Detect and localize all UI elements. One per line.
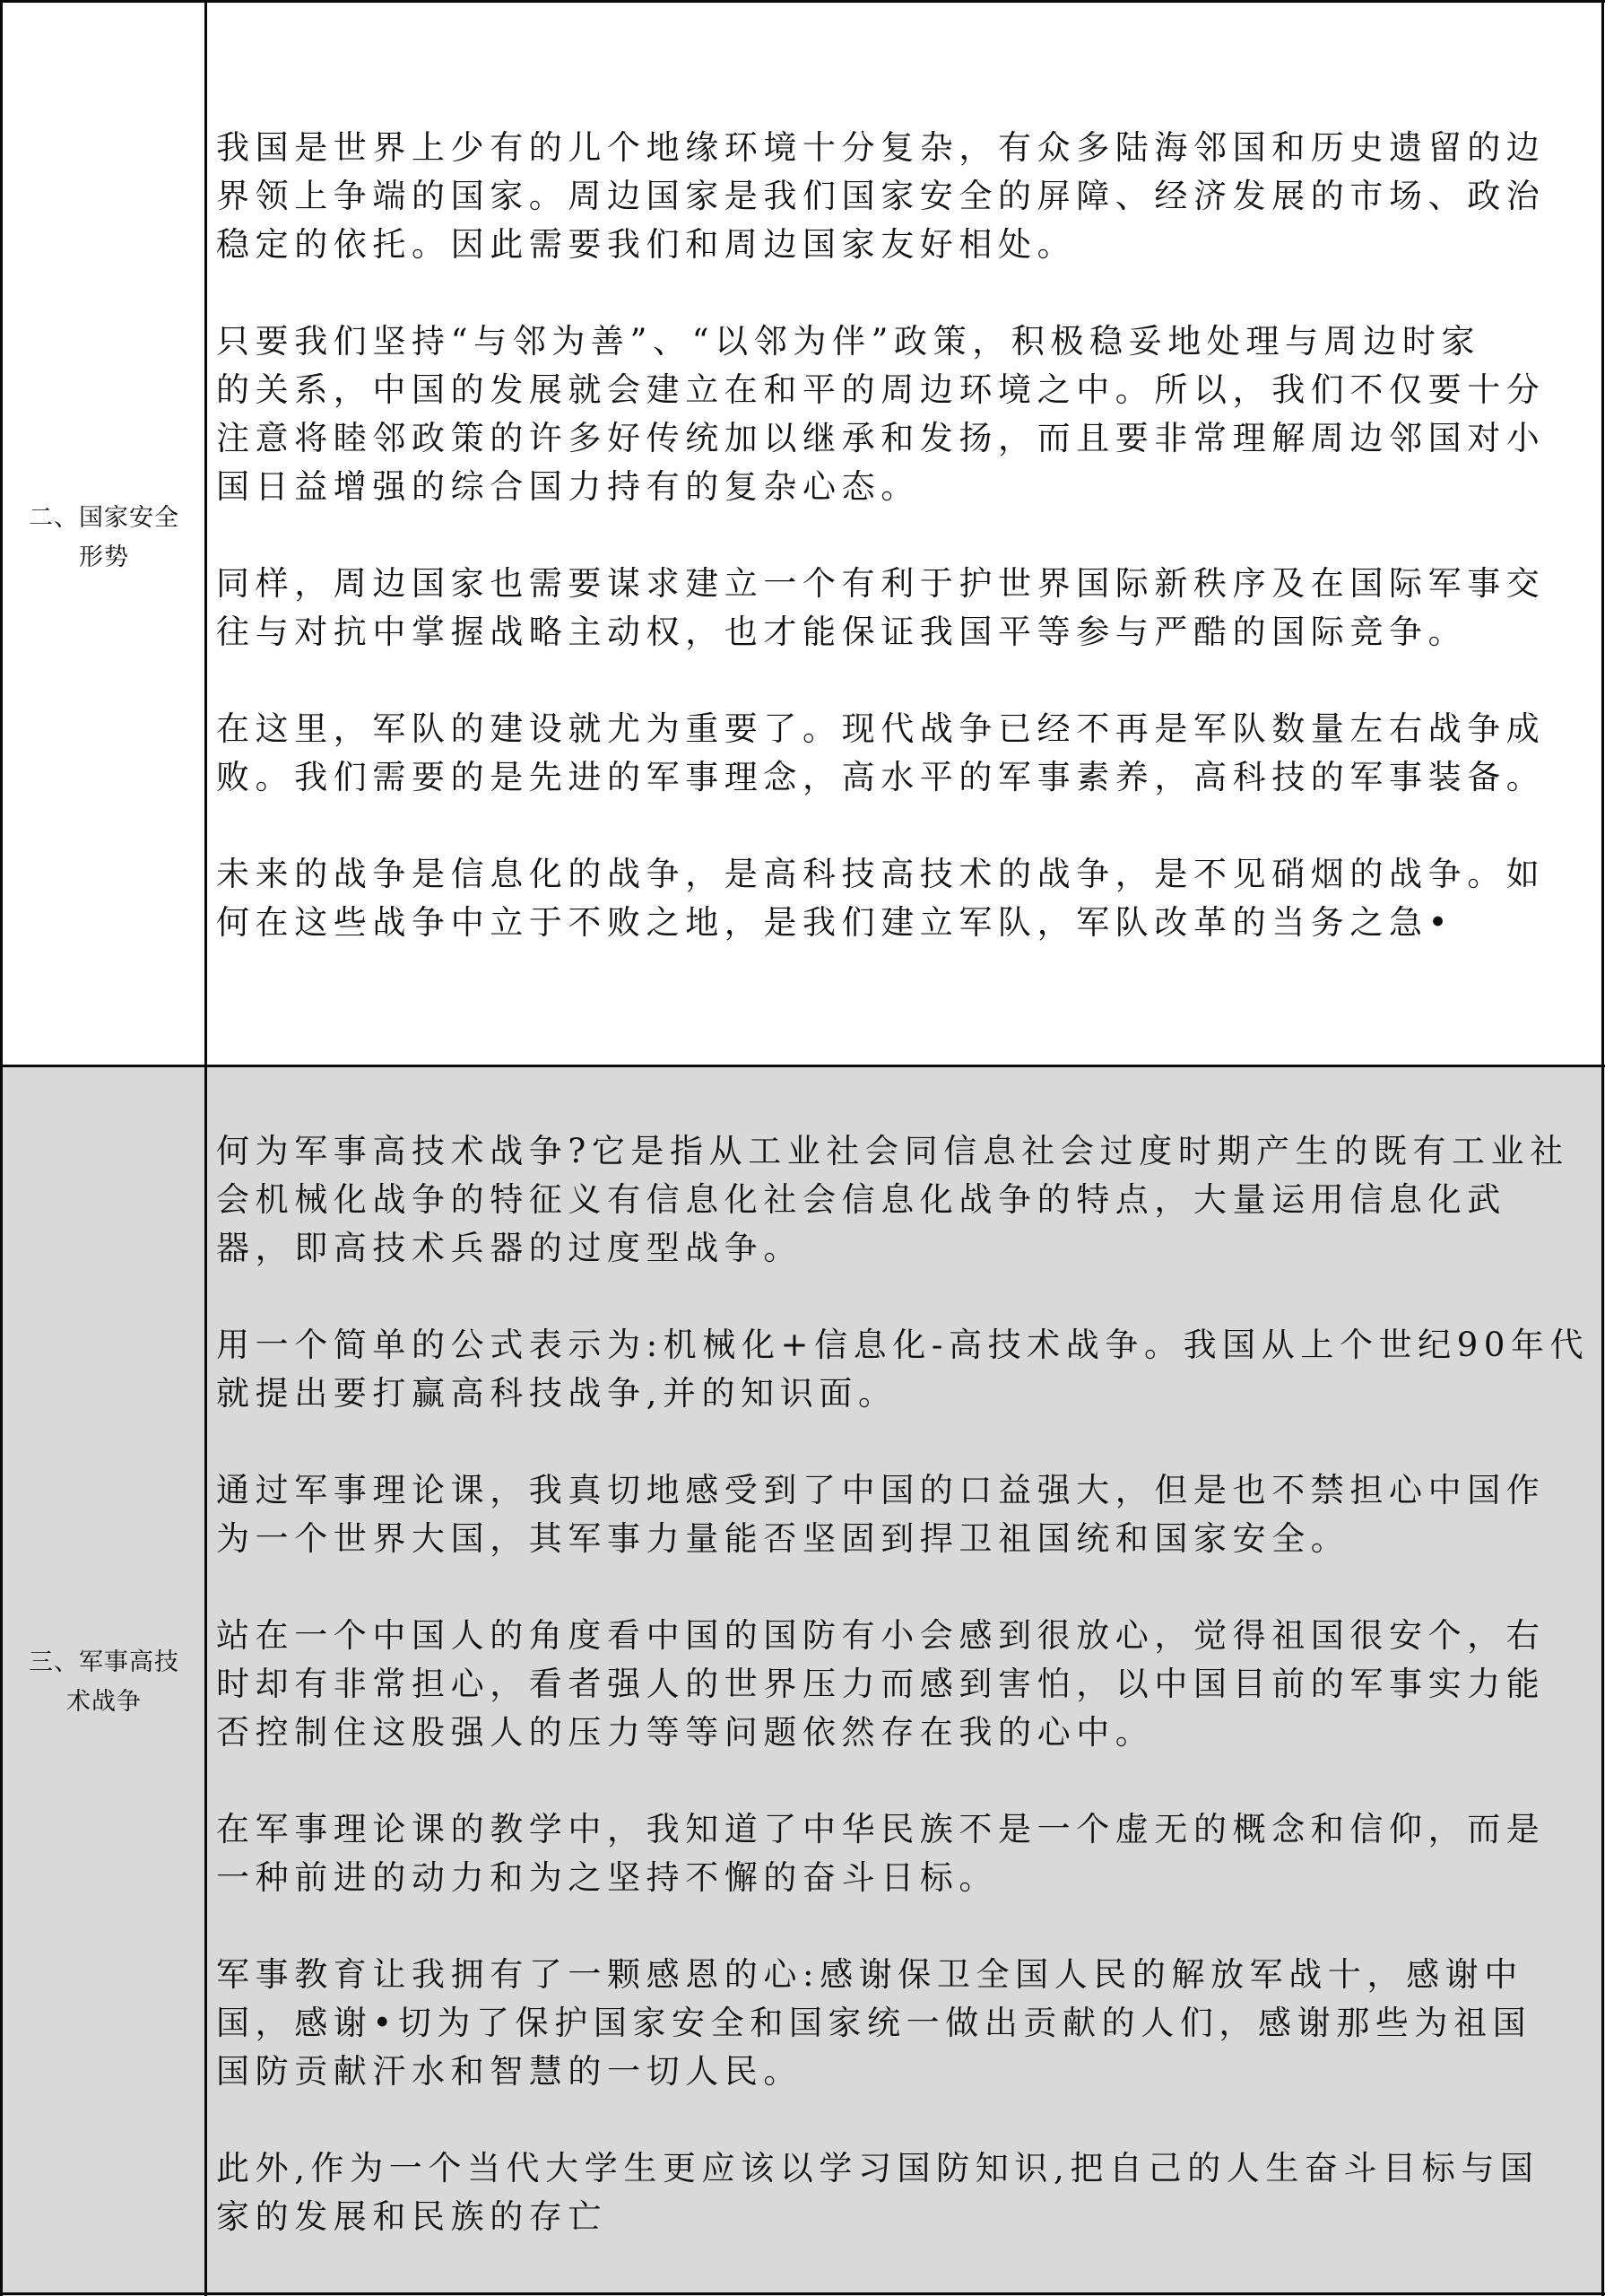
paragraph: 此外,作为一个当代大学生更应该以学习国防知识,把自己的人生奋斗目标与国 家的发展… [216, 2144, 1597, 2241]
text-line: 家的发展和民族的存亡 [216, 2193, 1597, 2241]
text-line: 只要我们坚持“与邻为善”、“以邻为伴”政策，积极稳妥地处理与周边时家 [216, 317, 1597, 366]
row-label-line: 形势 [3, 538, 205, 578]
table-row-national-security: 二、国家安全 形势 我国是世界上少有的儿个地缘环境十分复杂，有众多陆海邻国和历史… [0, 0, 1605, 1067]
text-line: 通过军事理论课，我真切地感受到了中国的口益强大，但是也不禁担心中国作 [216, 1466, 1597, 1515]
text-line: 时却有非常担心，看者强人的世界压力而感到害怕，以中国目前的军事实力能 [216, 1660, 1597, 1709]
text-line: 军事教育让我拥有了一颗感恩的心:感谢保卫全国人民的解放军战十，感谢中 [216, 1951, 1597, 1999]
paragraph: 站在一个中国人的角度看中国的国防有小会感到很放心，觉得祖国很安个，右 时却有非常… [216, 1612, 1597, 1757]
table-border-right [1601, 0, 1604, 2296]
row-label-line: 术战争 [3, 1683, 205, 1722]
text-line: 的关系，中国的发展就会建立在和平的周边环境之中。所以，我们不仅要十分 [216, 366, 1597, 414]
text-line: 在军事理论课的教学中，我知道了中华民族不是一个虚无的概念和信仰，而是 [216, 1805, 1597, 1854]
text-line: 何为军事高技术战争?它是指从工业社会同信息社会过度时期产生的既有工业社 [216, 1127, 1597, 1176]
text-line: 注意将睦邻政策的许多好传统加以继承和发扬，而且要非常理解周边邻国对小 [216, 414, 1597, 463]
text-line: 未来的战争是信息化的战争，是高科技高技术的战争，是不见硝烟的战争。如 [216, 850, 1597, 899]
table-border-left [0, 0, 3, 2296]
paragraph: 我国是世界上少有的儿个地缘环境十分复杂，有众多陆海邻国和历史遗留的边 界领上争端… [216, 124, 1597, 269]
text-line: 否控制住这股强人的压力等等问题依然存在我的心中。 [216, 1709, 1597, 1757]
paragraph: 未来的战争是信息化的战争，是高科技高技术的战争，是不见硝烟的战争。如 何在这些战… [216, 850, 1597, 947]
row-label-line: 二、国家安全 [3, 499, 205, 538]
text-line: 为一个世界大国，其军事力量能否坚固到捍卫祖国统和国家安全。 [216, 1515, 1597, 1563]
text-line: 何在这些战争中立于不败之地，是我们建立军队，军队改革的当务之急• [216, 899, 1597, 947]
paragraph: 在这里，军队的建设就尤为重要了。现代战争已经不再是军队数量左右战争成 败。我们需… [216, 705, 1597, 802]
text-line: 我国是世界上少有的儿个地缘环境十分复杂，有众多陆海邻国和历史遗留的边 [216, 124, 1597, 172]
text-line: 会机械化战争的特征义有信息化社会信息化战争的特点，大量运用信息化武 [216, 1176, 1597, 1224]
text-line: 用一个简单的公式表示为:机械化+信息化-高技术战争。我国从上个世纪90年代 [216, 1321, 1597, 1370]
text-line: 稳定的依托。因此需要我们和周边国家友好相处。 [216, 221, 1597, 269]
table-border-top [0, 0, 1605, 3]
text-line: 界领上争端的国家。周边国家是我们国家安全的屏障、经济发展的市场、政治 [216, 172, 1597, 221]
row-label-line: 三、军事高技 [3, 1643, 205, 1683]
text-line: 此外,作为一个当代大学生更应该以学习国防知识,把自己的人生奋斗目标与国 [216, 2144, 1597, 2193]
text-line: 在这里，军队的建设就尤为重要了。现代战争已经不再是军队数量左右战争成 [216, 705, 1597, 753]
text-line: 就提出要打赢高科技战争,并的知识面。 [216, 1370, 1597, 1418]
text-line: 往与对抗中掌握战略主动权，也才能保证我国平等参与严酷的国际竞争。 [216, 608, 1597, 657]
paragraph: 何为军事高技术战争?它是指从工业社会同信息社会过度时期产生的既有工业社 会机械化… [216, 1127, 1597, 1273]
table-row-high-tech-warfare: 三、军事高技 术战争 何为军事高技术战争?它是指从工业社会同信息社会过度时期产生… [0, 1065, 1605, 2296]
paragraph: 同样，周边国家也需要谋求建立一个有利于护世界国际新秩序及在国际军事交 往与对抗中… [216, 560, 1597, 657]
text-line: 器，即高技术兵器的过度型战争。 [216, 1224, 1597, 1273]
text-line: 站在一个中国人的角度看中国的国防有小会感到很放心，觉得祖国很安个，右 [216, 1612, 1597, 1660]
paragraph: 通过军事理论课，我真切地感受到了中国的口益强大，但是也不禁担心中国作 为一个世界… [216, 1466, 1597, 1563]
text-line: 国防贡献汗水和智慧的一切人民。 [216, 2048, 1597, 2096]
paragraph: 用一个简单的公式表示为:机械化+信息化-高技术战争。我国从上个世纪90年代 就提… [216, 1321, 1597, 1418]
text-line: 国，感谢•切为了保护国家安全和国家统一做出贡献的人们，感谢那些为祖国 [216, 1999, 1597, 2048]
text-line: 国日益增强的综合国力持有的复杂心态。 [216, 463, 1597, 511]
paragraph: 军事教育让我拥有了一颗感恩的心:感谢保卫全国人民的解放军战十，感谢中 国，感谢•… [216, 1951, 1597, 2096]
text-line: 败。我们需要的是先进的军事理念，高水平的军事素养，高科技的军事装备。 [216, 753, 1597, 802]
row-label-high-tech-warfare: 三、军事高技 术战争 [3, 1643, 205, 1722]
table-row-divider [0, 1065, 1605, 1067]
paragraph: 只要我们坚持“与邻为善”、“以邻为伴”政策，积极稳妥地处理与周边时家 的关系，中… [216, 317, 1597, 511]
table-column-divider [204, 0, 207, 2296]
row-content-high-tech-warfare: 何为军事高技术战争?它是指从工业社会同信息社会过度时期产生的既有工业社 会机械化… [216, 1127, 1597, 2290]
text-line: 同样，周边国家也需要谋求建立一个有利于护世界国际新秩序及在国际军事交 [216, 560, 1597, 608]
text-line: 一种前进的动力和为之坚持不懈的奋斗日标。 [216, 1854, 1597, 1902]
paragraph: 在军事理论课的教学中，我知道了中华民族不是一个虚无的概念和信仰，而是 一种前进的… [216, 1805, 1597, 1902]
row-content-national-security: 我国是世界上少有的儿个地缘环境十分复杂，有众多陆海邻国和历史遗留的边 界领上争端… [216, 124, 1597, 996]
essay-table: 二、国家安全 形势 我国是世界上少有的儿个地缘环境十分复杂，有众多陆海邻国和历史… [0, 0, 1605, 2296]
row-label-national-security: 二、国家安全 形势 [3, 499, 205, 578]
table-border-bottom [0, 2292, 1605, 2295]
